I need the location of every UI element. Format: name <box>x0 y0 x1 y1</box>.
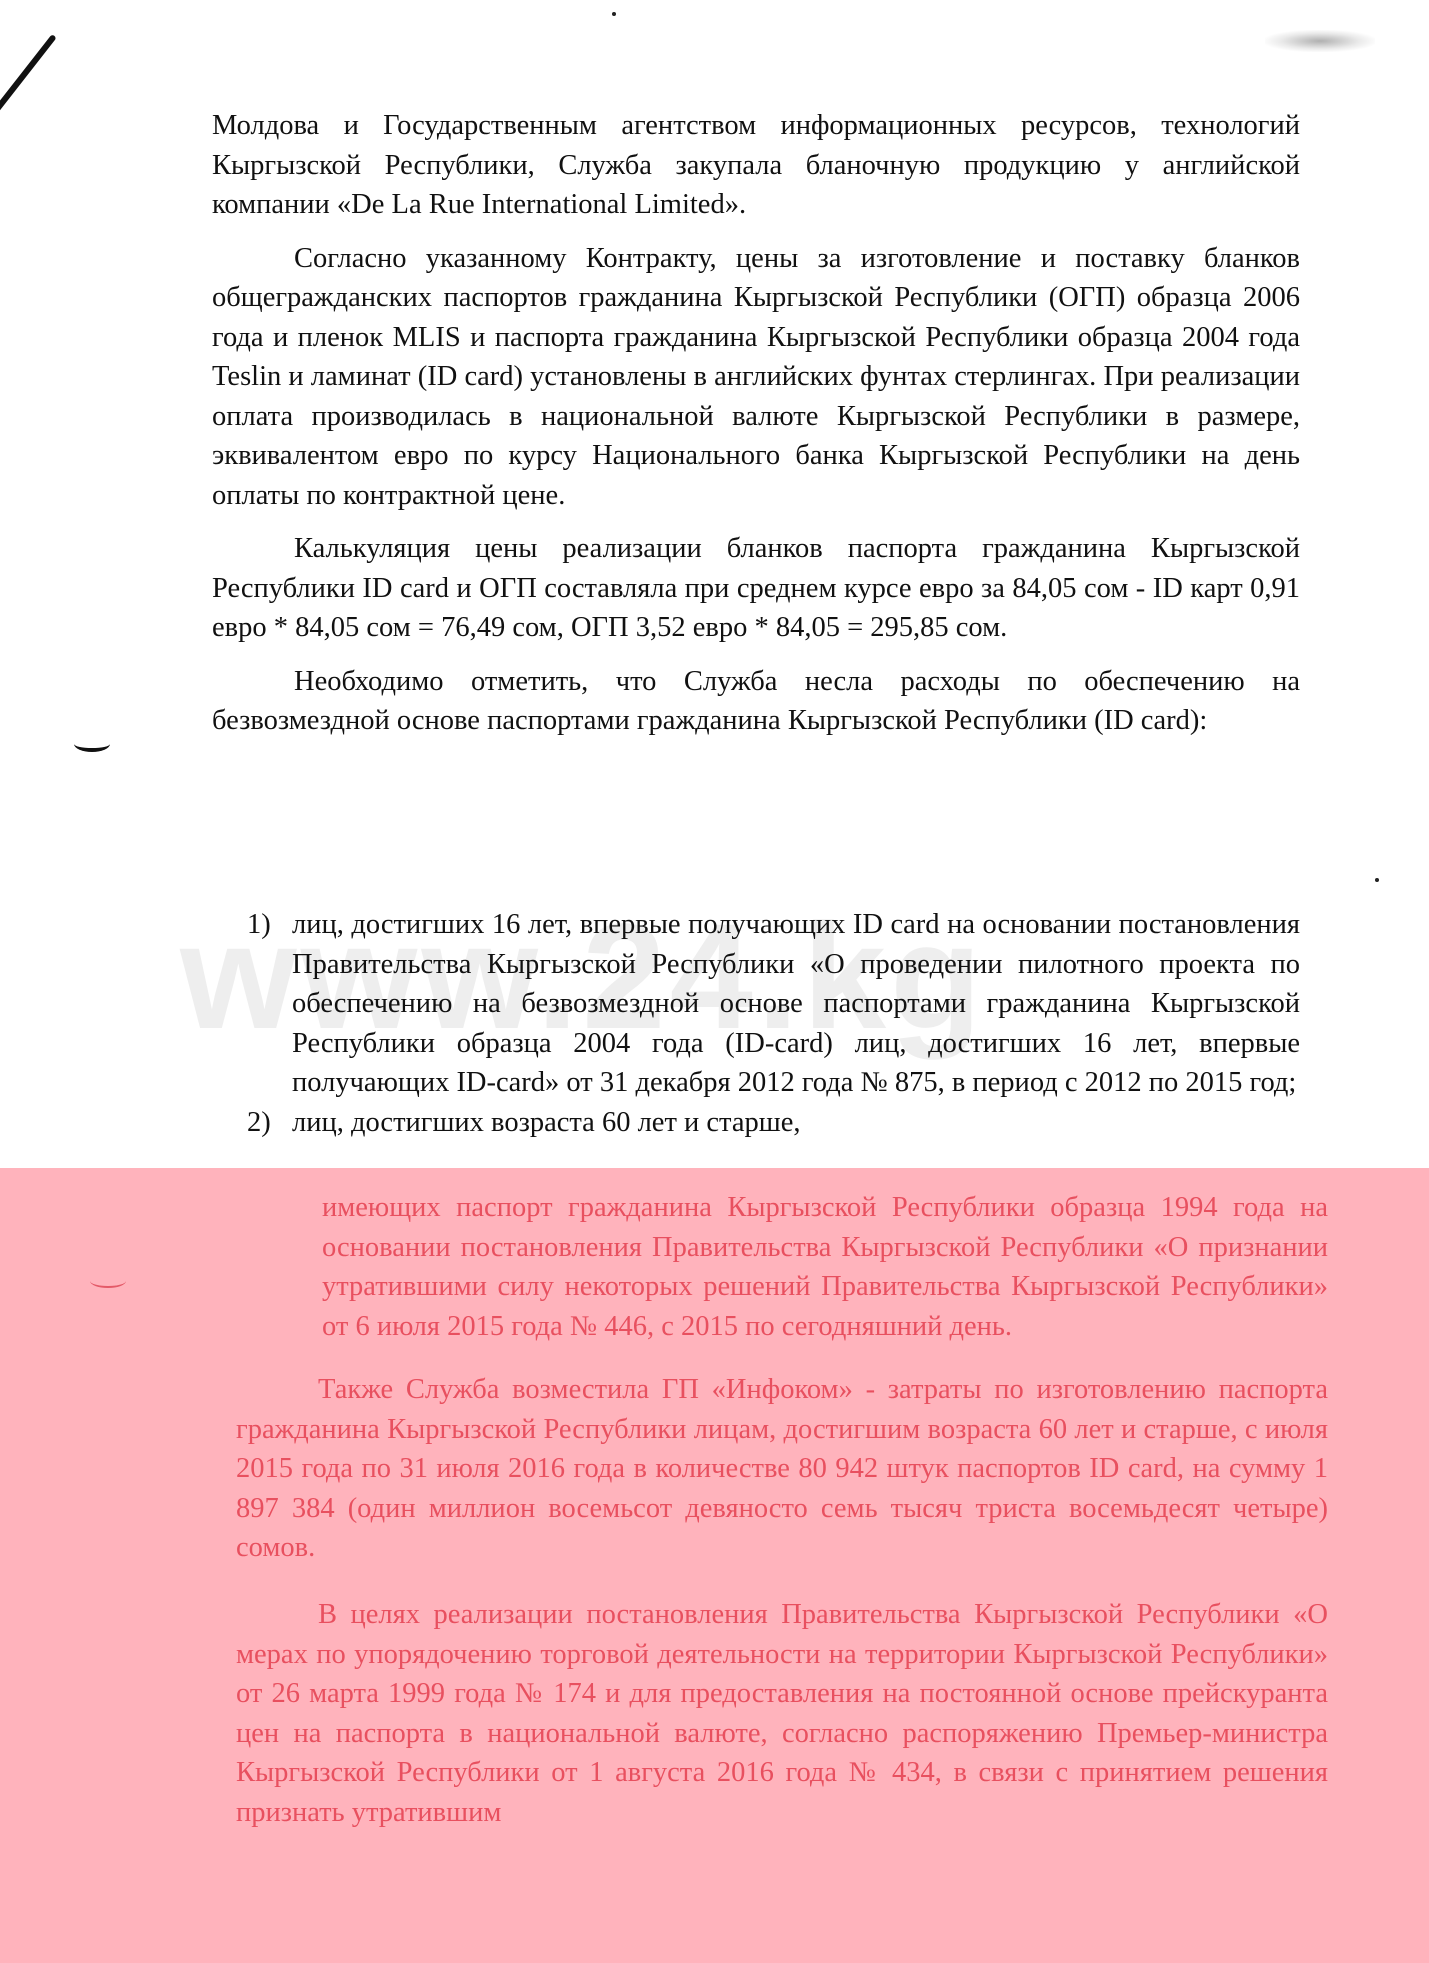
paragraph-2: Согласно указанному Контракту, цены за и… <box>212 239 1300 516</box>
scan-mark-arc <box>74 736 110 752</box>
numbered-list: 1) лиц, достигших 16 лет, впервые получа… <box>212 905 1300 1142</box>
paragraph-1: Молдова и Государственным агентством инф… <box>212 106 1300 225</box>
list-number: 2) <box>247 1103 271 1143</box>
list-item-text: лиц, достигших 16 лет, впервые получающи… <box>292 909 1300 1098</box>
paragraph-6: В целях реализации постановления Правите… <box>236 1595 1328 1832</box>
body-text-top: Молдова и Государственным агентством инф… <box>212 106 1300 741</box>
list-item: 2) лиц, достигших возраста 60 лет и стар… <box>212 1103 1300 1143</box>
body-text-red-2: В целях реализации постановления Правите… <box>236 1595 1328 1832</box>
scan-mark-arc <box>90 1274 126 1288</box>
scan-smudge <box>1265 30 1375 52</box>
list-item-text: лиц, достигших возраста 60 лет и старше, <box>292 1107 800 1138</box>
list-number: 1) <box>247 905 271 945</box>
paragraph-4: Необходимо отметить, что Служба несла ра… <box>212 662 1300 741</box>
pen-mark <box>0 34 57 132</box>
body-text-red: Также Служба возместила ГП «Инфоком» - з… <box>236 1370 1328 1568</box>
scanned-document-page: www.24.kg Молдова и Государственным аген… <box>0 0 1429 1963</box>
scan-speck <box>612 12 616 16</box>
scan-speck <box>1375 878 1379 882</box>
paragraph-3: Калькуляция цены реализации бланков пасп… <box>212 529 1300 648</box>
paragraph-5: Также Служба возместила ГП «Инфоком» - з… <box>236 1370 1328 1568</box>
list-item: 1) лиц, достигших 16 лет, впервые получа… <box>212 905 1300 1103</box>
list-item-2-continuation: имеющих паспорт гражданина Кыргызской Ре… <box>322 1188 1328 1346</box>
